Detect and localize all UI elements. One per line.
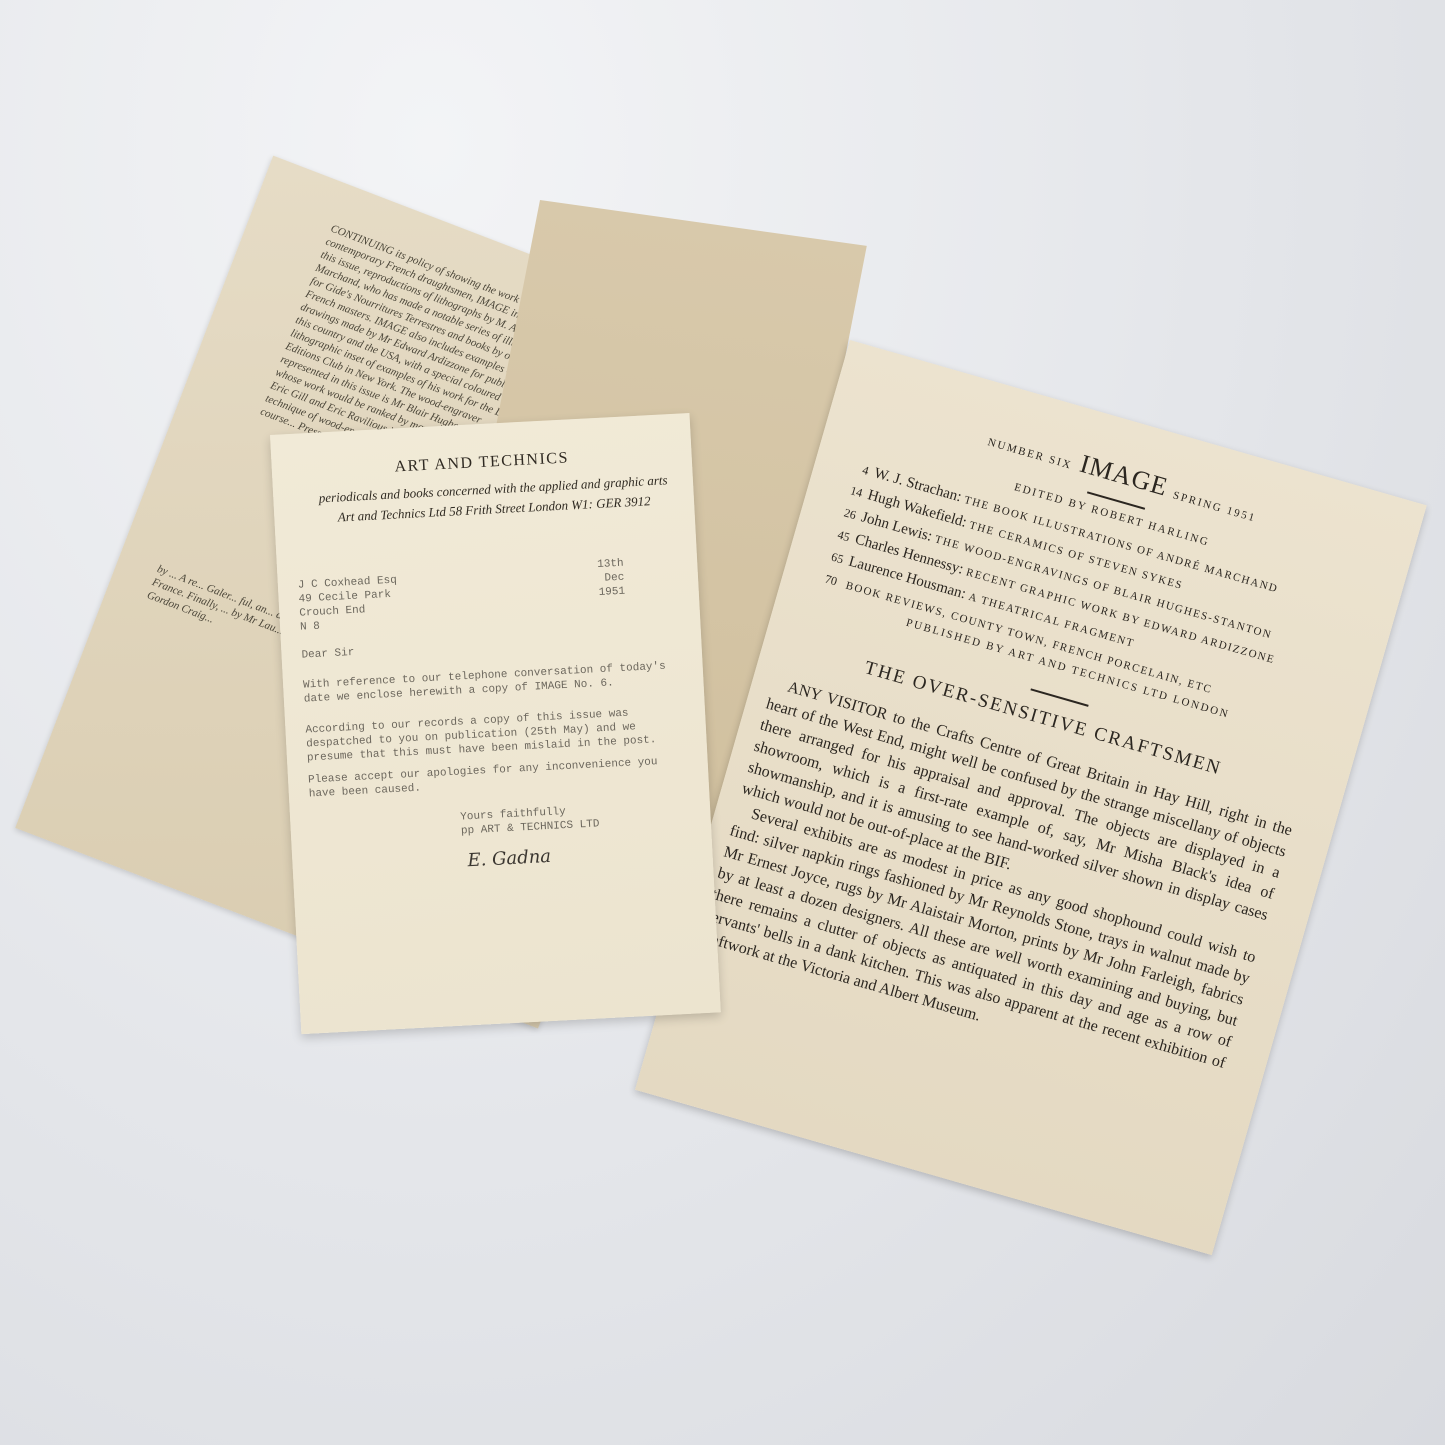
- letter-date: 13th Dec 1951: [597, 557, 626, 600]
- divider-rule: [1030, 688, 1088, 706]
- article-body: ANY VISITOR to the Crafts Centre of Grea…: [697, 672, 1295, 1096]
- issue-date: SPRING 1951: [1172, 489, 1258, 524]
- date-line: 1951: [598, 585, 625, 600]
- letter-sheet: ART AND TECHNICS periodicals and books c…: [270, 413, 721, 1034]
- issue-number: NUMBER SIX: [986, 436, 1073, 472]
- recipient-address: J C Coxhead Esq 49 Cecile Park Crouch En…: [298, 574, 400, 635]
- salutation: Dear Sir: [301, 646, 354, 663]
- letter-closing: Yours faithfully pp ART & TECHNICS LTD: [460, 803, 600, 838]
- date-line: Dec: [598, 571, 625, 586]
- letter-paragraph: With reference to our telephone conversa…: [303, 659, 684, 707]
- table-of-contents: 4W. J. Strachan: the book illustrations …: [801, 451, 1358, 732]
- date-line: 13th: [597, 557, 624, 572]
- signature: E. Gadna: [467, 846, 552, 871]
